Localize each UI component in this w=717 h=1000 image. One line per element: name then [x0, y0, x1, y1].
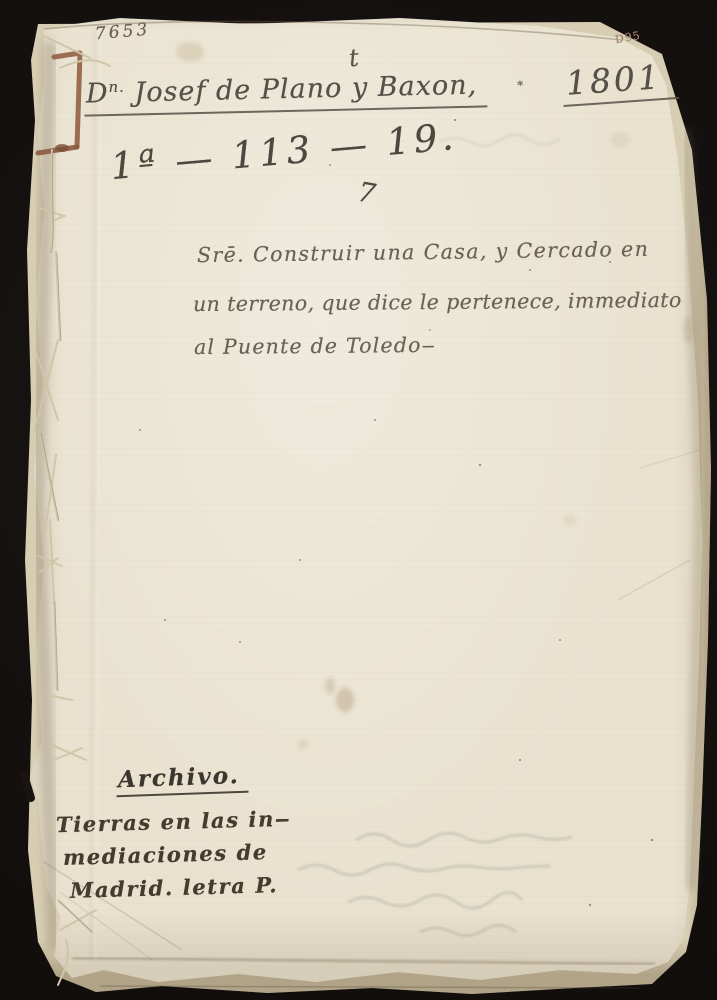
title-rest: Josef de Plano y Baxon,	[134, 70, 477, 109]
title-initial: D	[86, 78, 109, 110]
subject-line-3: al Puente de Toledo‒	[194, 333, 436, 359]
subject-line-2: un terreno, que dice le pertenece, immed…	[193, 288, 682, 316]
small-ink-mark: ∗	[515, 76, 525, 91]
archive-label: Archivo.	[115, 762, 248, 798]
year-underlined-text: 1801	[561, 56, 680, 107]
year: 1801	[561, 56, 680, 107]
archive-label-underlined: Archivo.	[115, 762, 248, 798]
title-superscript: n.	[108, 78, 125, 96]
photograph-background: 7653 D95 t Dn. Josef de Plano y Baxon, ∗…	[0, 0, 717, 1000]
cross-mark: t	[348, 44, 360, 73]
